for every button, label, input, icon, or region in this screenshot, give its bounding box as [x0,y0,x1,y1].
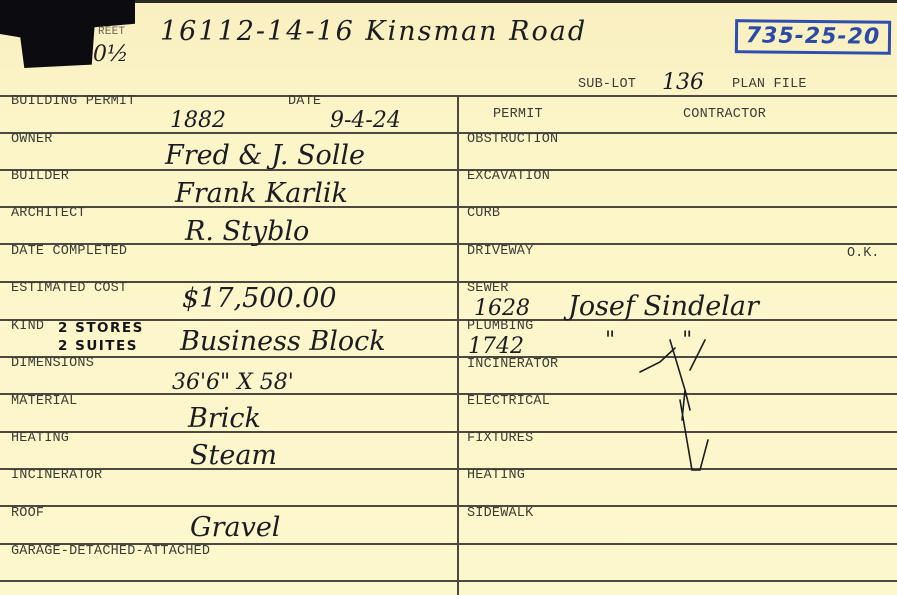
sewer-contractor: Josef Sindelar [568,293,759,320]
plumbing-label: PLUMBING [467,320,533,334]
rule-line [0,393,897,395]
rule-line [0,243,897,245]
sewer-label: SEWER [467,282,509,296]
date-value: 9-4-24 [330,110,401,132]
estimated-cost-value: $17,500.00 [182,285,337,312]
rule-line [0,281,897,283]
incinerator-permit-label: INCINERATOR [467,358,558,372]
incinerator-label: INCINERATOR [11,469,102,483]
rule-line [0,356,897,358]
building-permit-label: BUILDING PERMIT [11,95,136,109]
material-value: Brick [188,405,261,432]
roof-value: Gravel [190,514,280,541]
curb-label: CURB [467,207,500,221]
rule-line [0,505,897,507]
date-completed-label: DATE COMPLETED [11,245,127,259]
kind-value: Business Block [180,328,386,355]
plumbing-permit: 1742 [468,336,524,358]
owner-label: OWNER [11,133,53,147]
kind-label: KIND [11,320,44,334]
street-label-fragment: REET [98,27,125,38]
owner-value: Fred & J. Solle [165,142,365,169]
architect-label: ARCHITECT [11,207,86,221]
plan-file-label: PLAN FILE [732,78,807,92]
contractor-header: CONTRACTOR [683,108,766,122]
heating-permit-label: HEATING [467,469,525,483]
kind-note-suites: 2 SUITES [58,340,138,354]
rule-line [0,431,897,433]
builder-value: Frank Karlik [175,180,348,207]
driveway-status: O.K. [847,246,879,261]
sidewalk-label: SIDEWALK [467,507,533,521]
roof-label: ROOF [11,507,44,521]
permit-card: REET 0½ 16112-14-16 Kinsman Road 735-25-… [0,0,897,595]
estimated-cost-label: ESTIMATED COST [11,282,127,296]
permit-header: PERMIT [493,108,543,122]
rule-line [0,580,897,582]
excavation-label: EXCAVATION [467,170,550,184]
rule-line [0,169,897,171]
stamp-number: 735-25-20 [735,19,891,55]
fixtures-label: FIXTURES [467,432,533,446]
pen-check-mark-icon [630,330,740,475]
sub-lot-value: 136 [662,72,704,94]
dimensions-label: DIMENSIONS [11,357,94,371]
heating-value: Steam [190,442,277,469]
obstruction-label: OBSTRUCTION [467,133,558,147]
dimensions-value: 36'6" X 58' [172,372,294,394]
architect-value: R. Styblo [185,218,309,245]
column-divider [457,96,459,595]
lot-fraction: 0½ [93,44,128,66]
sewer-permit: 1628 [474,298,530,320]
sub-lot-label: SUB-LOT [578,78,636,92]
material-label: MATERIAL [11,395,77,409]
rule-line [0,132,897,134]
kind-note-stores: 2 STORES [58,322,144,336]
garage-label: GARAGE-DETACHED-ATTACHED [11,545,210,559]
heating-label: HEATING [11,432,69,446]
driveway-label: DRIVEWAY [467,245,533,259]
date-label: DATE [288,95,321,109]
address: 16112-14-16 Kinsman Road [160,18,587,45]
rule-line [0,468,897,470]
electrical-label: ELECTRICAL [467,395,550,409]
rule-line [0,206,897,208]
building-permit-value: 1882 [170,110,226,132]
builder-label: BUILDER [11,170,69,184]
